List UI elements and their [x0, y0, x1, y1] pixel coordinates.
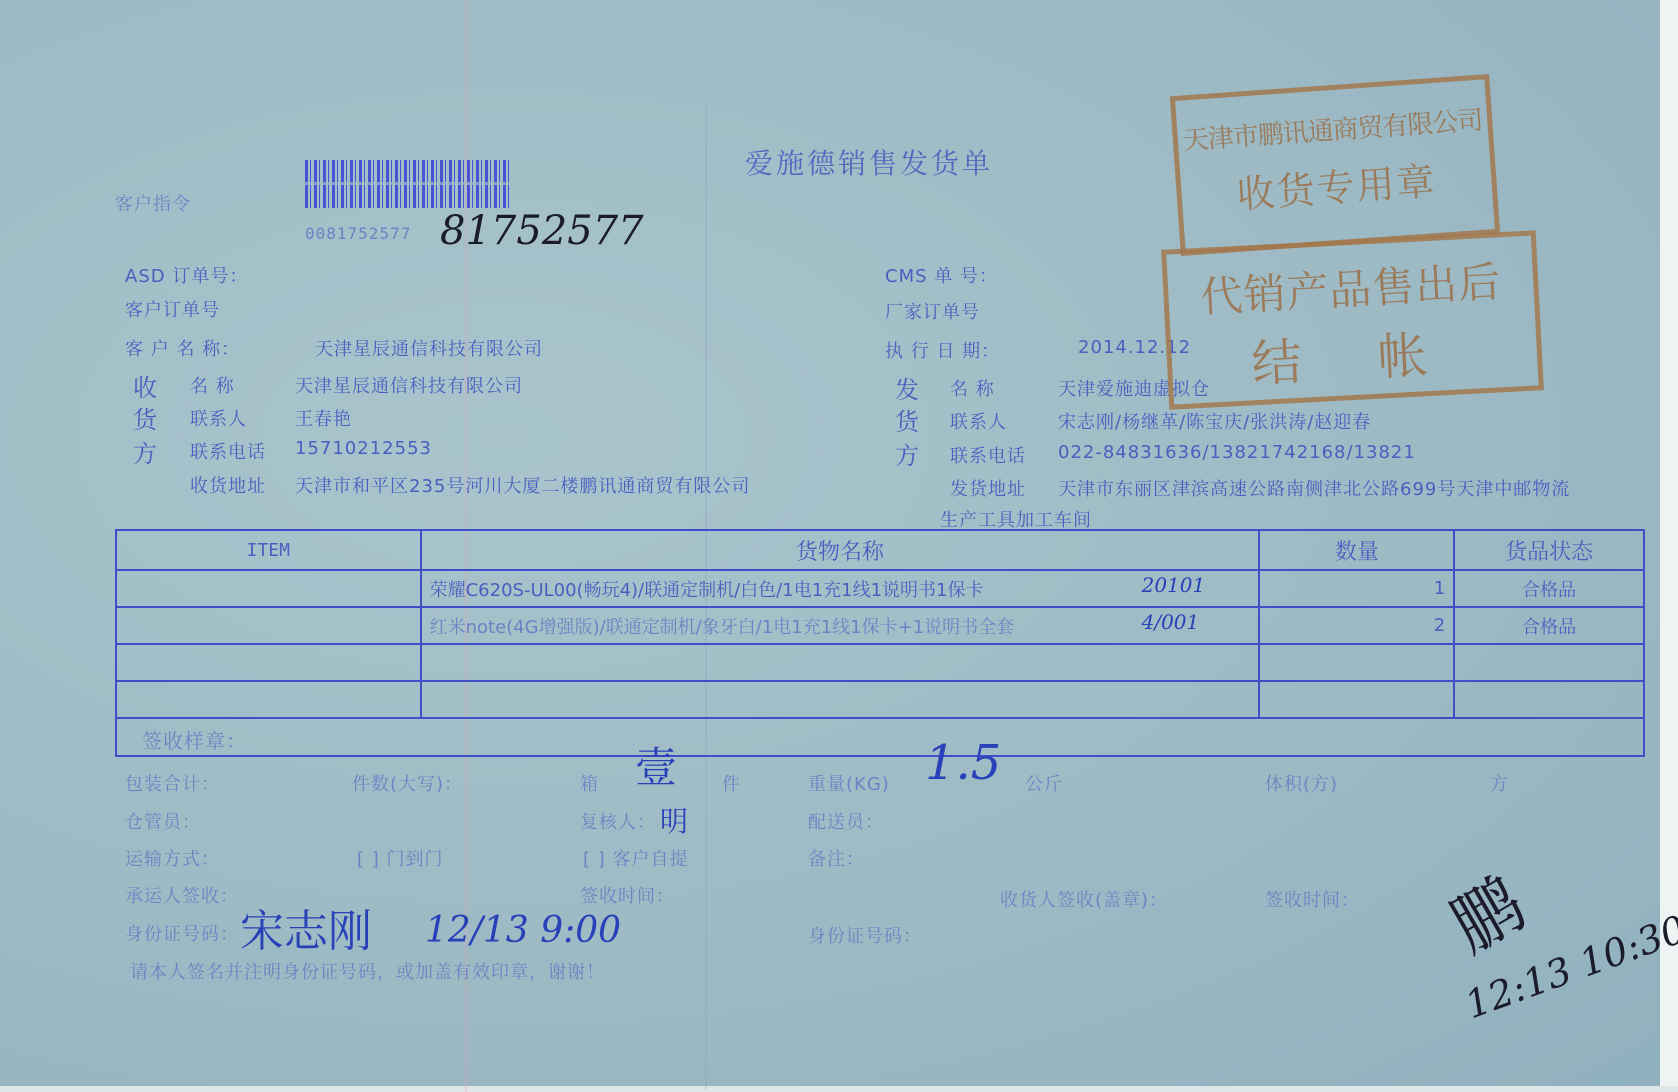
cell-goods-name	[421, 644, 1260, 681]
shipper-phone-label: 联系电话	[950, 442, 1026, 468]
shipper-side-char: 方	[895, 436, 920, 471]
shipper-side-char: 货	[895, 402, 920, 437]
goods-table: ITEM 货物名称 数量 货品状态 荣耀C620S-UL00(畅玩4)/联通定制…	[115, 529, 1645, 719]
exec-date-label: 执 行 日 期：	[885, 337, 1000, 363]
self-pickup-checkbox[interactable]: [ ] 客户自提	[583, 845, 689, 871]
handwritten-order-number: 81752577	[440, 208, 644, 254]
header-quantity: 数量	[1259, 530, 1454, 570]
carrier-id-label: 身份证号码：	[125, 920, 239, 946]
receiving-stamp: 天津市鹏讯通商贸有限公司 收货专用章	[1170, 74, 1500, 256]
handwritten-note: 20101	[1142, 573, 1206, 597]
sign-stamp-row: 签收样章：	[115, 717, 1645, 757]
cell-item	[116, 681, 421, 718]
receiver-contact-value: 王春艳	[295, 405, 352, 431]
header-item: ITEM	[116, 530, 421, 570]
customer-instruction-label: 客户指令	[115, 190, 191, 216]
cell-status: 合格品	[1454, 607, 1644, 644]
box-label: 箱	[580, 770, 599, 796]
receiver-id-label: 身份证号码：	[808, 922, 922, 948]
cell-item	[116, 607, 421, 644]
cell-status	[1454, 681, 1644, 718]
cell-status	[1454, 644, 1644, 681]
sign-stamp-label: 签收样章：	[142, 725, 247, 754]
shipper-address-label: 发货地址	[950, 475, 1026, 501]
cell-quantity	[1259, 681, 1454, 718]
receiver-name-value: 天津星辰通信科技有限公司	[295, 372, 523, 398]
signature-notice: 请本人签名并注明身份证号码，或加盖有效印章，谢谢！	[130, 958, 605, 984]
header-status: 货品状态	[1454, 530, 1644, 570]
customer-name-label: 客 户 名 称：	[125, 335, 240, 361]
goods-name: 红米note(4G增强版)/联通定制机/象牙白/1电1充1线1保卡+1说明书全套	[430, 617, 1015, 638]
receiver-sign-time-label: 签收时间：	[1265, 886, 1360, 912]
cell-item	[116, 644, 421, 681]
table-row: 荣耀C620S-UL00(畅玩4)/联通定制机/白色/1电1充1线1说明书1保卡…	[116, 570, 1644, 607]
paper-bottom-edge	[0, 1086, 1678, 1092]
shipper-address-value: 天津市东丽区津滨高速公路南侧津北公路699号天津中邮物流	[1058, 475, 1570, 501]
cms-number-label: CMS 单 号：	[885, 262, 998, 288]
receiver-phone-label: 联系电话	[190, 438, 266, 464]
shipper-phone-value: 022-84831636/13821742168/13821	[1058, 442, 1416, 463]
receiver-phone-value: 15710212553	[295, 438, 432, 459]
receiver-side-char: 收	[133, 368, 158, 403]
cell-goods-name: 红米note(4G增强版)/联通定制机/象牙白/1电1充1线1保卡+1说明书全套…	[421, 607, 1260, 644]
cell-quantity: 1	[1259, 570, 1454, 607]
table-row	[116, 681, 1644, 718]
receiver-side-char: 货	[133, 400, 158, 435]
table-row: 红米note(4G增强版)/联通定制机/象牙白/1电1充1线1保卡+1说明书全套…	[116, 607, 1644, 644]
carrier-sign-time-label: 签收时间：	[580, 882, 675, 908]
factory-order-label: 厂家订单号	[885, 298, 980, 324]
volume-label: 体积(方)	[1265, 770, 1338, 796]
cell-item	[116, 570, 421, 607]
carrier-signature: 宋志刚	[240, 895, 372, 959]
receiver-sign-label: 收货人签收(盖章)：	[1000, 886, 1168, 912]
asd-order-label: ASD 订单号：	[125, 262, 248, 288]
receiver-side-char: 方	[133, 434, 158, 469]
receiver-signature: 鹏	[1429, 849, 1540, 971]
cell-quantity: 2	[1259, 607, 1454, 644]
cell-goods-name: 荣耀C620S-UL00(畅玩4)/联通定制机/白色/1电1充1线1说明书1保卡…	[421, 570, 1260, 607]
shipper-name-label: 名 称	[950, 375, 995, 401]
piece-count-label: 件数(大写)：	[352, 770, 463, 796]
handwritten-weight: 1.5	[925, 735, 1001, 791]
receiver-contact-label: 联系人	[190, 405, 247, 431]
barcode	[305, 160, 510, 208]
shipper-contact-value: 宋志刚/杨继革/陈宝庆/张洪涛/赵迎春	[1058, 408, 1371, 434]
table-row	[116, 644, 1644, 681]
transport-mode-label: 运输方式：	[125, 845, 220, 871]
pack-total-label: 包装合计：	[125, 770, 220, 796]
remark-label: 备注：	[808, 845, 865, 871]
carrier-sign-time-handwritten: 12/13 9:00	[425, 910, 621, 951]
cell-quantity	[1259, 644, 1454, 681]
receiver-address-label: 收货地址	[190, 472, 266, 498]
weight-label: 重量(KG)	[808, 770, 890, 796]
receiver-name-label: 名 称	[190, 372, 235, 398]
cell-status: 合格品	[1454, 570, 1644, 607]
door-to-door-checkbox[interactable]: [ ] 门到门	[357, 845, 444, 871]
receiver-address-value: 天津市和平区235号河川大厦二楼鹏讯通商贸有限公司	[295, 472, 750, 498]
customer-name-value: 天津星辰通信科技有限公司	[315, 335, 543, 361]
handwritten-note: 4/001	[1142, 610, 1200, 634]
warehouse-label: 仓管员：	[125, 808, 201, 834]
handwritten-box-count: 壹	[635, 735, 677, 795]
piece-unit: 件	[722, 770, 741, 796]
carrier-sign-label: 承运人签收：	[125, 882, 239, 908]
stamp-purpose: 收货专用章	[1180, 146, 1493, 222]
reviewer-signature: 明	[660, 800, 688, 840]
header-goods-name: 货物名称	[421, 530, 1260, 570]
document-title: 爱施德销售发货单	[745, 142, 993, 182]
customer-order-label: 客户订单号	[125, 296, 220, 322]
cell-goods-name	[421, 681, 1260, 718]
goods-name: 荣耀C620S-UL00(畅玩4)/联通定制机/白色/1电1充1线1说明书1保卡	[430, 580, 984, 601]
shipper-side-char: 发	[895, 370, 920, 405]
delivery-person-label: 配送员：	[808, 808, 884, 834]
consignment-stamp: 代销产品售出后 结 帐	[1161, 230, 1544, 409]
barcode-number: 0081752577	[305, 224, 411, 243]
kg-unit: 公斤	[1025, 770, 1063, 796]
volume-unit: 方	[1490, 770, 1509, 796]
reviewer-label: 复核人：	[580, 808, 656, 834]
shipper-contact-label: 联系人	[950, 408, 1007, 434]
table-header-row: ITEM 货物名称 数量 货品状态	[116, 530, 1644, 570]
